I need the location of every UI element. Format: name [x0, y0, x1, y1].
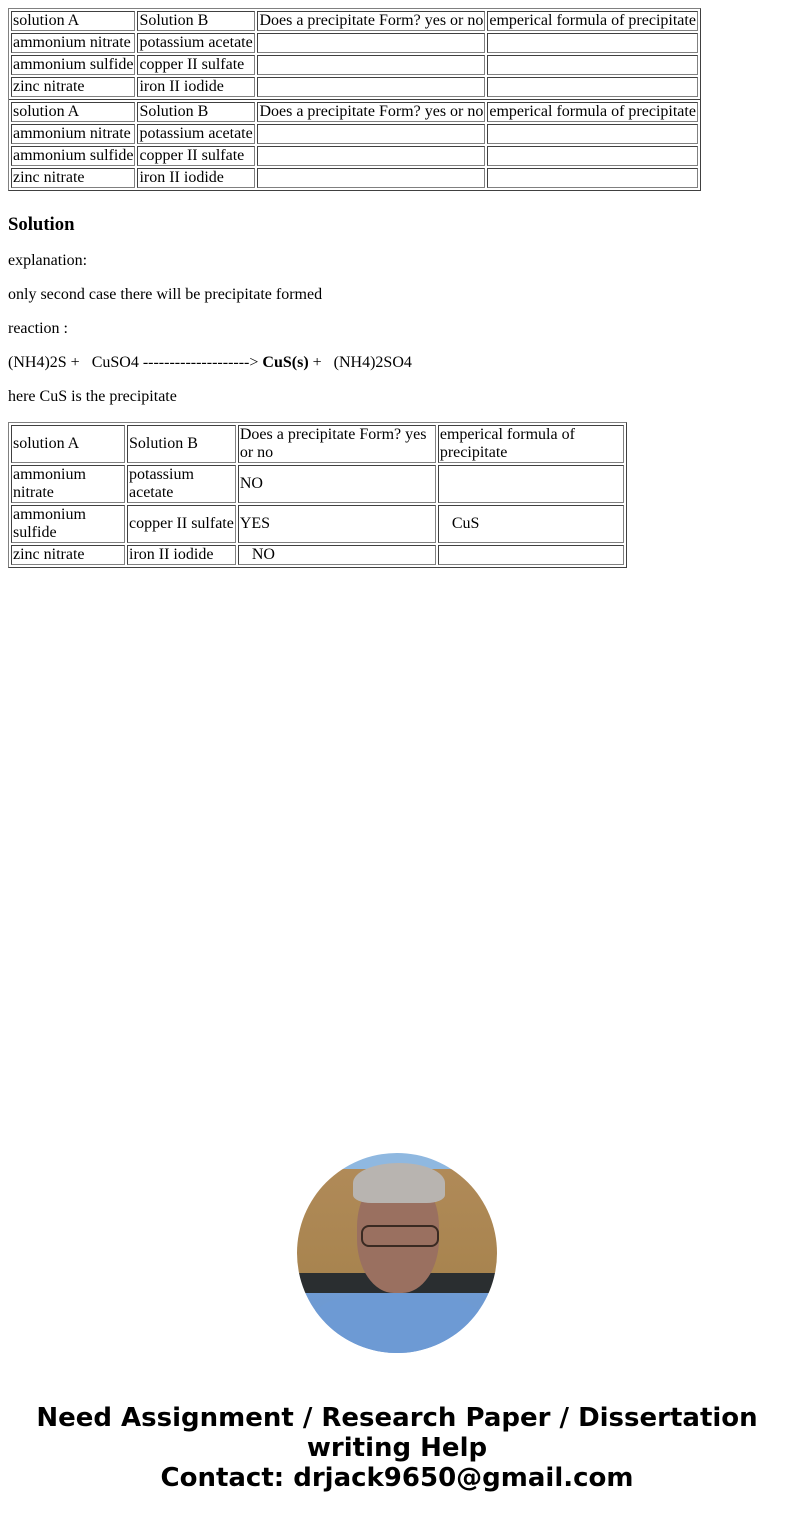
- table-cell: [257, 124, 485, 144]
- header-cell: solution A: [11, 425, 125, 463]
- table-header-row: solution A Solution B Does a precipitate…: [11, 425, 624, 463]
- table-cell: [487, 55, 698, 75]
- header-cell: Solution B: [137, 11, 255, 31]
- avatar-glasses: [361, 1225, 439, 1247]
- table-cell: zinc nitrate: [11, 168, 135, 188]
- header-cell: emperical formula of precipitate: [487, 11, 698, 31]
- reaction-product: CuS(s): [262, 354, 308, 371]
- header-cell: Solution B: [127, 425, 236, 463]
- explanation-label: explanation:: [8, 252, 786, 270]
- avatar-shirt: [307, 1293, 487, 1353]
- table-cell: [487, 77, 698, 97]
- table-cell: [438, 465, 624, 503]
- table-cell: zinc nitrate: [11, 545, 125, 565]
- table-cell: [487, 146, 698, 166]
- table-cell: ammonium sulfide: [11, 146, 135, 166]
- table-row: ammonium sulfide copper II sulfate: [11, 55, 698, 75]
- table-row: ammonium nitrate potassium acetate: [11, 124, 698, 144]
- table-row: ammonium sulfide copper II sulfate YES C…: [11, 505, 624, 543]
- header-cell: Does a precipitate Form? yes or no: [257, 102, 485, 122]
- reaction-equation: (NH4)2S + CuSO4 --------------------> Cu…: [8, 354, 786, 372]
- header-cell: Does a precipitate Form? yes or no: [257, 11, 485, 31]
- table-cell: copper II sulfate: [127, 505, 236, 543]
- table-cell: ammonium sulfide: [11, 55, 135, 75]
- table-cell: [257, 146, 485, 166]
- table-cell: [487, 33, 698, 53]
- header-cell: Does a precipitate Form? yes or no: [238, 425, 436, 463]
- table-cell: [257, 77, 485, 97]
- table-cell: YES: [238, 505, 436, 543]
- promo-line-1: Need Assignment / Research Paper / Disse…: [0, 1403, 794, 1463]
- table-cell: ammonium nitrate: [11, 33, 135, 53]
- table-cell: ammonium nitrate: [11, 124, 135, 144]
- answer-table: solution A Solution B Does a precipitate…: [8, 422, 627, 568]
- reaction-label: reaction :: [8, 320, 786, 338]
- table-cell: CuS: [438, 505, 624, 543]
- explanation-statement: only second case there will be precipita…: [8, 286, 786, 304]
- table-cell: [257, 33, 485, 53]
- page-content: solution A Solution B Does a precipitate…: [0, 0, 794, 576]
- table-cell: [438, 545, 624, 565]
- table-cell: ammonium sulfide: [11, 505, 125, 543]
- table-cell: [487, 124, 698, 144]
- table-row: zinc nitrate iron II iodide: [11, 77, 698, 97]
- reaction-reactants: (NH4)2S + CuSO4 -------------------->: [8, 354, 262, 371]
- table-cell: potassium acetate: [137, 33, 255, 53]
- reaction-rest: + (NH4)2SO4: [309, 354, 412, 371]
- header-cell: emperical formula of precipitate: [487, 102, 698, 122]
- avatar-hair: [353, 1163, 445, 1203]
- table-cell: [257, 168, 485, 188]
- solution-heading: Solution: [8, 214, 786, 236]
- table-header-row: solution A Solution B Does a precipitate…: [11, 102, 698, 122]
- table-cell: potassium acetate: [127, 465, 236, 503]
- table-cell: copper II sulfate: [137, 55, 255, 75]
- table-row: zinc nitrate iron II iodide: [11, 168, 698, 188]
- promo-contact: Contact: drjack9650@gmail.com: [0, 1463, 794, 1493]
- author-avatar: [297, 1153, 497, 1353]
- conclusion: here CuS is the precipitate: [8, 388, 786, 406]
- table-cell: zinc nitrate: [11, 77, 135, 97]
- header-cell: solution A: [11, 11, 135, 31]
- question-table-2: solution A Solution B Does a precipitate…: [9, 100, 700, 190]
- table-cell: NO: [238, 545, 436, 565]
- table-cell: ammonium nitrate: [11, 465, 125, 503]
- header-cell: Solution B: [137, 102, 255, 122]
- table-cell: potassium acetate: [137, 124, 255, 144]
- promo-text: Need Assignment / Research Paper / Disse…: [0, 1403, 794, 1493]
- table-row: ammonium nitrate potassium acetate NO: [11, 465, 624, 503]
- table-cell: iron II iodide: [127, 545, 236, 565]
- table-header-row: solution A Solution B Does a precipitate…: [11, 11, 698, 31]
- promo-section: Need Assignment / Research Paper / Disse…: [0, 1153, 794, 1493]
- table-cell: [487, 168, 698, 188]
- question-tables: solution A Solution B Does a precipitate…: [8, 8, 701, 191]
- table-cell: NO: [238, 465, 436, 503]
- table-cell: [257, 55, 485, 75]
- question-table-1: solution A Solution B Does a precipitate…: [9, 9, 700, 100]
- table-row: zinc nitrate iron II iodide NO: [11, 545, 624, 565]
- table-cell: copper II sulfate: [137, 146, 255, 166]
- table-row: ammonium sulfide copper II sulfate: [11, 146, 698, 166]
- table-cell: iron II iodide: [137, 168, 255, 188]
- header-cell: solution A: [11, 102, 135, 122]
- table-cell: iron II iodide: [137, 77, 255, 97]
- table-row: ammonium nitrate potassium acetate: [11, 33, 698, 53]
- header-cell: emperical formula of precipitate: [438, 425, 624, 463]
